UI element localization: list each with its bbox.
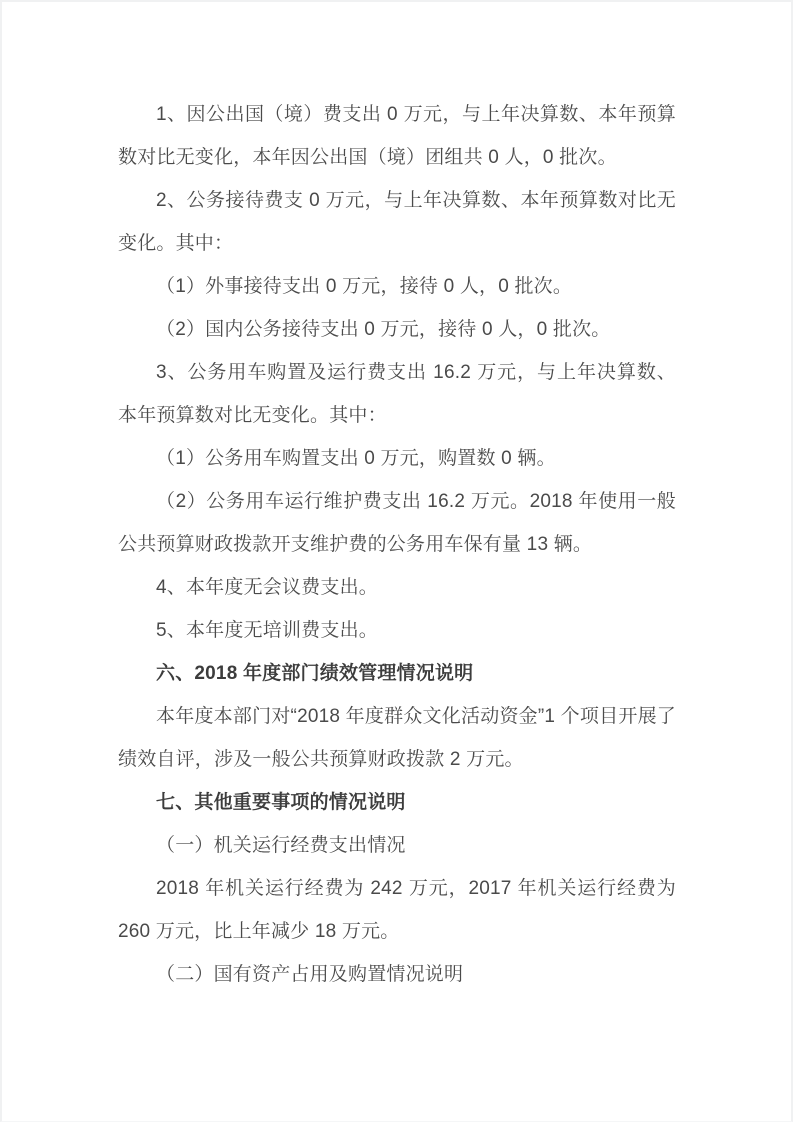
section-heading-other-matters: 七、其他重要事项的情况说明	[118, 781, 676, 824]
document-body: 1、因公出国（境）费支出 0 万元，与上年决算数、本年预算数对比无变化，本年因公…	[118, 93, 676, 996]
paragraph-official-reception: 2、公务接待费支 0 万元，与上年决算数、本年预算数对比无变化。其中：	[118, 179, 676, 265]
document-page: 1、因公出国（境）费支出 0 万元，与上年决算数、本年预算数对比无变化，本年因公…	[0, 0, 793, 1122]
paragraph-operating-funds-title: （一）机关运行经费支出情况	[118, 824, 676, 867]
paragraph-performance-evaluation: 本年度本部门对“2018 年度群众文化活动资金”1 个项目开展了绩效自评，涉及一…	[118, 695, 676, 781]
paragraph-expense-abroad: 1、因公出国（境）费支出 0 万元，与上年决算数、本年预算数对比无变化，本年因公…	[118, 93, 676, 179]
paragraph-state-assets-title: （二）国有资产占用及购置情况说明	[118, 953, 676, 996]
paragraph-vehicle-expense: 3、公务用车购置及运行费支出 16.2 万元，与上年决算数、本年预算数对比无变化…	[118, 351, 676, 437]
paragraph-meeting-expense: 4、本年度无会议费支出。	[118, 566, 676, 609]
section-heading-performance: 六、2018 年度部门绩效管理情况说明	[118, 652, 676, 695]
paragraph-operating-funds-detail: 2018 年机关运行经费为 242 万元，2017 年机关运行经费为 260 万…	[118, 867, 676, 953]
paragraph-vehicle-maintenance: （2）公务用车运行维护费支出 16.2 万元。2018 年使用一般公共预算财政拨…	[118, 480, 676, 566]
paragraph-foreign-reception: （1）外事接待支出 0 万元，接待 0 人，0 批次。	[118, 265, 676, 308]
paragraph-domestic-reception: （2）国内公务接待支出 0 万元，接待 0 人，0 批次。	[118, 308, 676, 351]
paragraph-training-expense: 5、本年度无培训费支出。	[118, 609, 676, 652]
paragraph-vehicle-purchase: （1）公务用车购置支出 0 万元，购置数 0 辆。	[118, 437, 676, 480]
